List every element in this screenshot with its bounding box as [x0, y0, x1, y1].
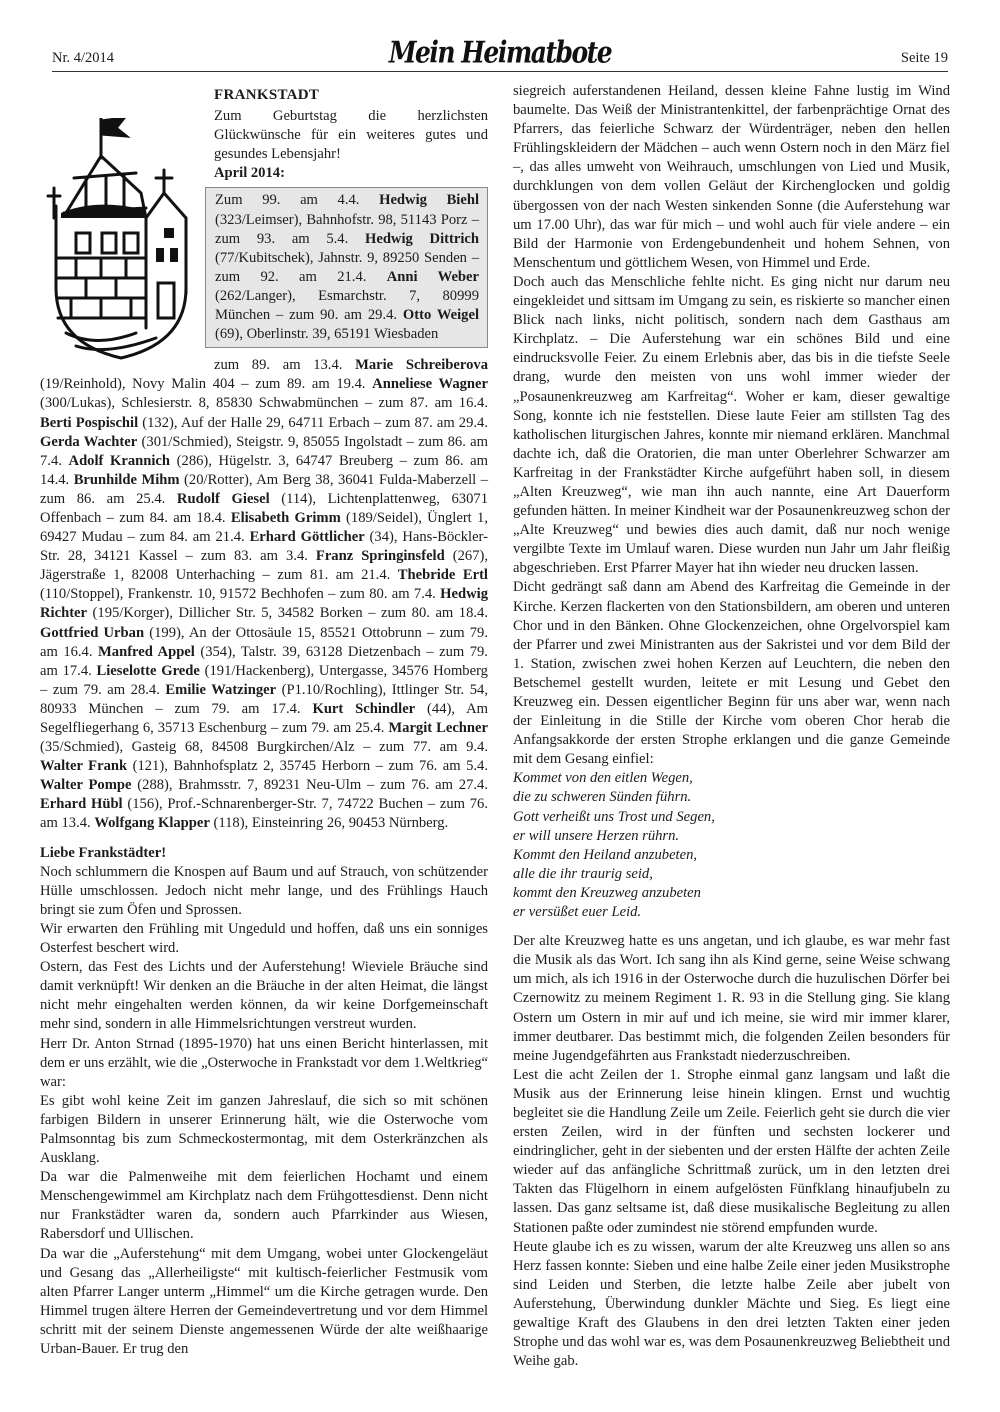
verse-line: er versüßet euer Leid. [513, 903, 950, 922]
page-number: Seite 19 [901, 50, 948, 67]
verse-line: die zu schweren Sünden führn. [513, 788, 950, 807]
verse-line: er will unsere Herzen rührn. [513, 827, 950, 846]
paragraph: Der alte Kreuzweg hatte es uns angetan, … [513, 932, 950, 1066]
birthday-entry: zum 93. am 5.4. Hedwig Dittrich (77/Kubi… [215, 231, 479, 266]
verse-line: Gott verheißt uns Trost und Segen, [513, 808, 950, 827]
letter-heading: Liebe Frankstädter! [40, 844, 488, 863]
paragraph: Es gibt wohl keine Zeit im ganzen Jahres… [40, 1092, 488, 1168]
greeting-intro: Zum Geburtstag die herzlichsten Glückwün… [214, 107, 488, 164]
paragraph: Wir erwarten den Frühling mit Ungeduld u… [40, 920, 488, 958]
verse-line: kommt den Kreuzweg anzubeten [513, 884, 950, 903]
paragraph: Herr Dr. Anton Strnad (1895-1970) hat un… [40, 1035, 488, 1092]
verse-line: alle die ihr traurig seid, [513, 865, 950, 884]
paragraph: Noch schlummern die Knospen auf Baum und… [40, 863, 488, 920]
header-divider [52, 71, 948, 72]
verse-line: Kommt den Heiland anzubeten, [513, 846, 950, 865]
paragraph: Da war die Palmenweihe mit dem feierlich… [40, 1168, 488, 1244]
masthead-logo: Mein Heimatbote [389, 35, 611, 70]
paragraph: Da war die „Auferstehung“ mit dem Umgang… [40, 1245, 488, 1360]
month-heading: April 2014: [214, 164, 488, 183]
hymn-verse: Kommet von den eitlen Wegen, die zu schw… [513, 769, 950, 922]
paragraph: Ostern, das Fest des Lichts und der Aufe… [40, 958, 488, 1034]
paragraph: Doch auch das Menschliche fehlte nicht. … [513, 273, 950, 579]
right-column: siegreich auferstandenen Heiland, dessen… [513, 82, 950, 1371]
birthday-entry: Zum 99. am 4.4. Hedwig Biehl (323/Leimse… [215, 192, 479, 227]
verse-line: Kommet von den eitlen Wegen, [513, 769, 950, 788]
section-title: FRANKSTADT [214, 86, 488, 105]
highlighted-birthdays-box: Zum 99. am 4.4. Hedwig Biehl (323/Leimse… [205, 187, 488, 348]
paragraph: Lest die acht Zeilen der 1. Strophe einm… [513, 1066, 950, 1238]
paragraph: Dicht gedrängt saß dann am Abend des Kar… [513, 578, 950, 769]
page-header: Nr. 4/2014 Mein Heimatbote Seite 19 [52, 44, 948, 70]
issue-number: Nr. 4/2014 [52, 50, 114, 67]
paragraph: siegreich auferstandenen Heiland, dessen… [513, 82, 950, 273]
left-column: FRANKSTADT Zum Geburtstag die herzlichst… [40, 82, 488, 1359]
birthday-list: zum 89. am 13.4. Marie Schreiberova (19/… [40, 356, 488, 833]
paragraph: Heute glaube ich es zu wissen, warum der… [513, 1238, 950, 1372]
